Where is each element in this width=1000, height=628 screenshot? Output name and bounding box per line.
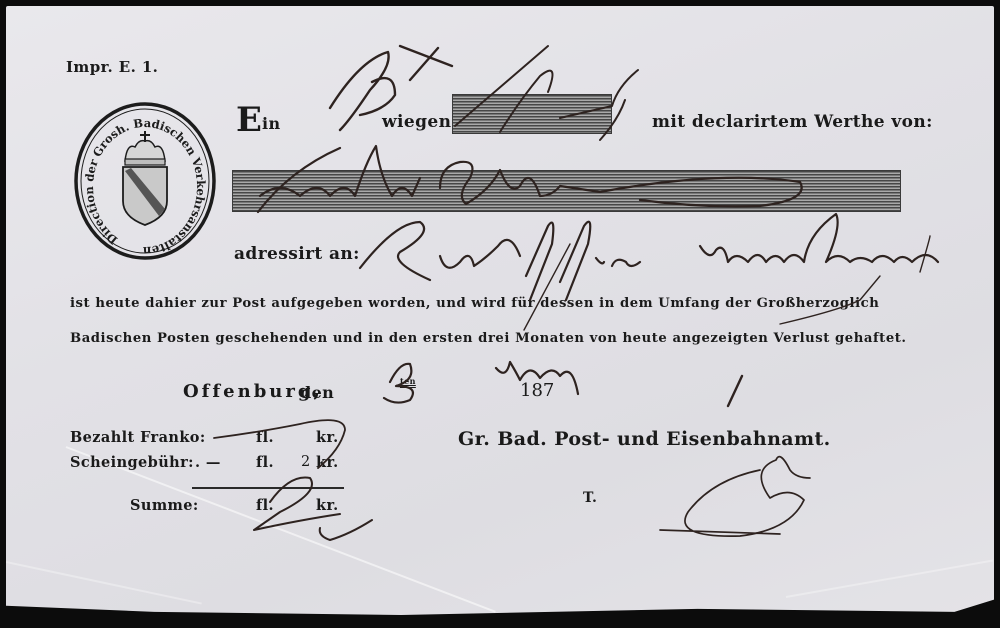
paper-crease xyxy=(6,561,202,605)
date-den-label: den xyxy=(300,383,334,402)
franko-label: Bezahlt Franko: xyxy=(70,429,206,446)
sum-kr-unit: kr. xyxy=(316,497,339,514)
declared-value-field xyxy=(232,170,901,212)
fee-kr-value: 2 xyxy=(301,454,310,470)
franko-fl-unit: fl. xyxy=(256,429,274,446)
declared-value-label: mit declarirtem Werthe von: xyxy=(652,112,933,132)
form-ein-rest: in xyxy=(262,114,281,133)
year-prefix: 187 xyxy=(520,380,554,401)
sum-divider xyxy=(192,487,344,489)
fee-fl-dash: . — xyxy=(195,454,221,471)
seal-stamp-icon: Direction der Grosh. Badischen Verkehrsa… xyxy=(73,101,217,261)
paper-crease xyxy=(786,560,993,598)
office-initial: T. xyxy=(583,490,597,506)
office-name: Gr. Bad. Post- und Eisenbahnamt. xyxy=(458,428,831,450)
weight-field xyxy=(452,94,612,134)
paragraph-line-2: Badischen Posten geschehenden und in den… xyxy=(70,331,907,346)
fee-fl-unit: fl. xyxy=(256,454,274,471)
paragraph-line-1: ist heute dahier zur Post aufgegeben wor… xyxy=(70,296,879,311)
form-ein-capital: E xyxy=(236,100,262,140)
fee-label: Scheingebühr: xyxy=(70,454,194,471)
day-suffix: ten xyxy=(400,376,416,386)
franko-kr-unit: kr. xyxy=(316,429,339,446)
fee-kr-unit: kr. xyxy=(316,454,339,471)
sum-label: Summe: xyxy=(130,497,199,514)
imprint-code: Impr. E. 1. xyxy=(66,58,158,76)
addressed-label: adressirt an: xyxy=(234,244,360,264)
sum-fl-unit: fl. xyxy=(256,497,274,514)
